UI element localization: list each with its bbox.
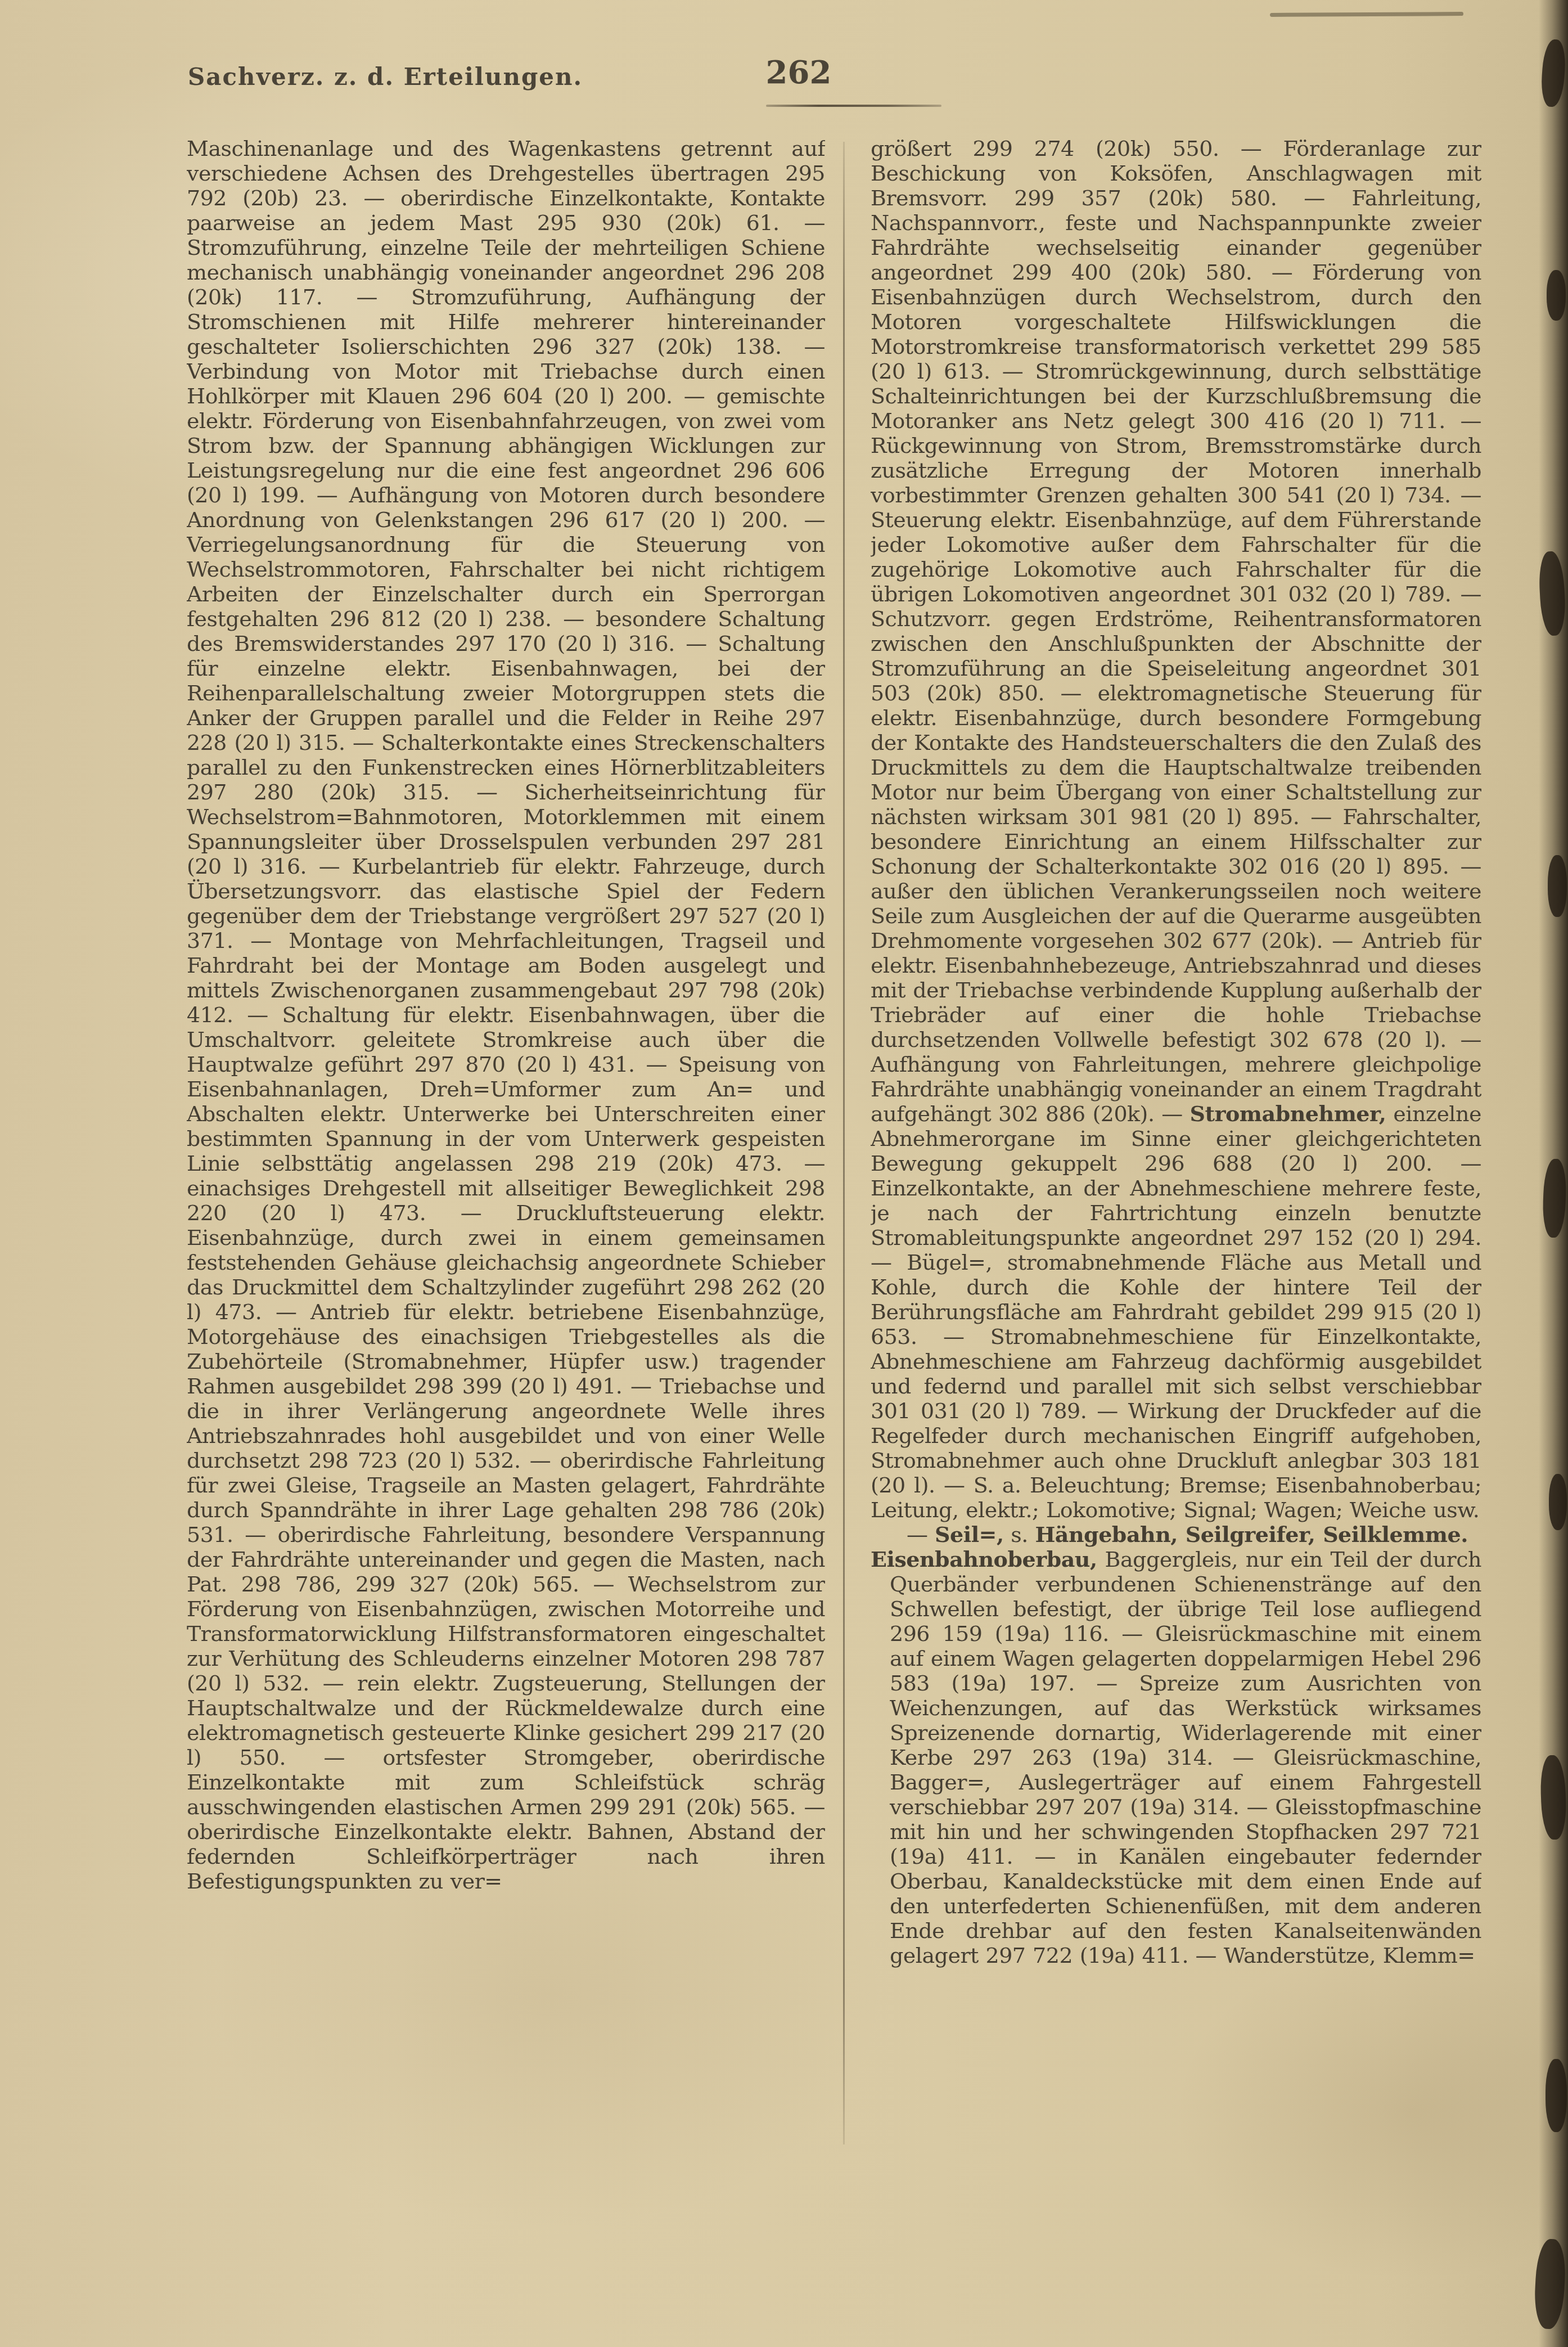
keyword-seil: Seil=, xyxy=(935,1522,1004,1547)
column-divider-rule xyxy=(843,142,845,2144)
entry-elektr-eisenbahnen-continuation: Maschinenanlage und des Wagenkastens get… xyxy=(187,136,825,1894)
entry-continuation-right: größert 299 274 (20k) 550. — Förderanlag… xyxy=(871,136,1481,1522)
entry-eisenbahnoberbau: Eisenbahnoberbau, Baggergleis, nur ein T… xyxy=(871,1547,1481,1968)
column-right: größert 299 274 (20k) 550. — Förderanlag… xyxy=(871,136,1481,2173)
page-number-rule xyxy=(766,105,941,107)
keyword-stromabnehmer: Stromabnehmer, xyxy=(1189,1101,1386,1126)
page-number: 262 xyxy=(748,54,849,91)
seil-references: Hängebahn, Seilgreifer, Seilklemme. xyxy=(1035,1522,1468,1547)
left-column-text: Maschinenanlage und des Wagenkastens get… xyxy=(187,136,825,1894)
right-column-part1: größert 299 274 (20k) 550. — Förderanlag… xyxy=(871,136,1481,1126)
keyword-eisenbahnoberbau: Eisenbahnoberbau, xyxy=(871,1546,1097,1572)
scan-top-edge-streak xyxy=(1270,12,1463,17)
seil-see-abbrev: s. xyxy=(1004,1522,1035,1547)
column-left: Maschinenanlage und des Wagenkastens get… xyxy=(187,136,825,2139)
entry-seil-cross-reference: — Seil=, s. Hängebahn, Seilgreifer, Seil… xyxy=(871,1522,1481,1547)
right-column-part2: einzelne Abnehmerorgane im Sinne einer g… xyxy=(871,1101,1481,1522)
eisenbahnoberbau-text: Baggergleis, nur ein Teil der durch Quer… xyxy=(890,1547,1481,1968)
seil-dash: — xyxy=(907,1522,935,1547)
ink-mark xyxy=(1549,1474,1567,1530)
scanned-book-page: Sachverz. z. d. Erteilungen. 262 Maschin… xyxy=(0,0,1568,2347)
running-title: Sachverz. z. d. Erteilungen. xyxy=(188,63,583,91)
ink-mark xyxy=(1546,2059,1567,2132)
ink-mark xyxy=(1548,855,1567,917)
ink-mark xyxy=(1547,270,1566,321)
